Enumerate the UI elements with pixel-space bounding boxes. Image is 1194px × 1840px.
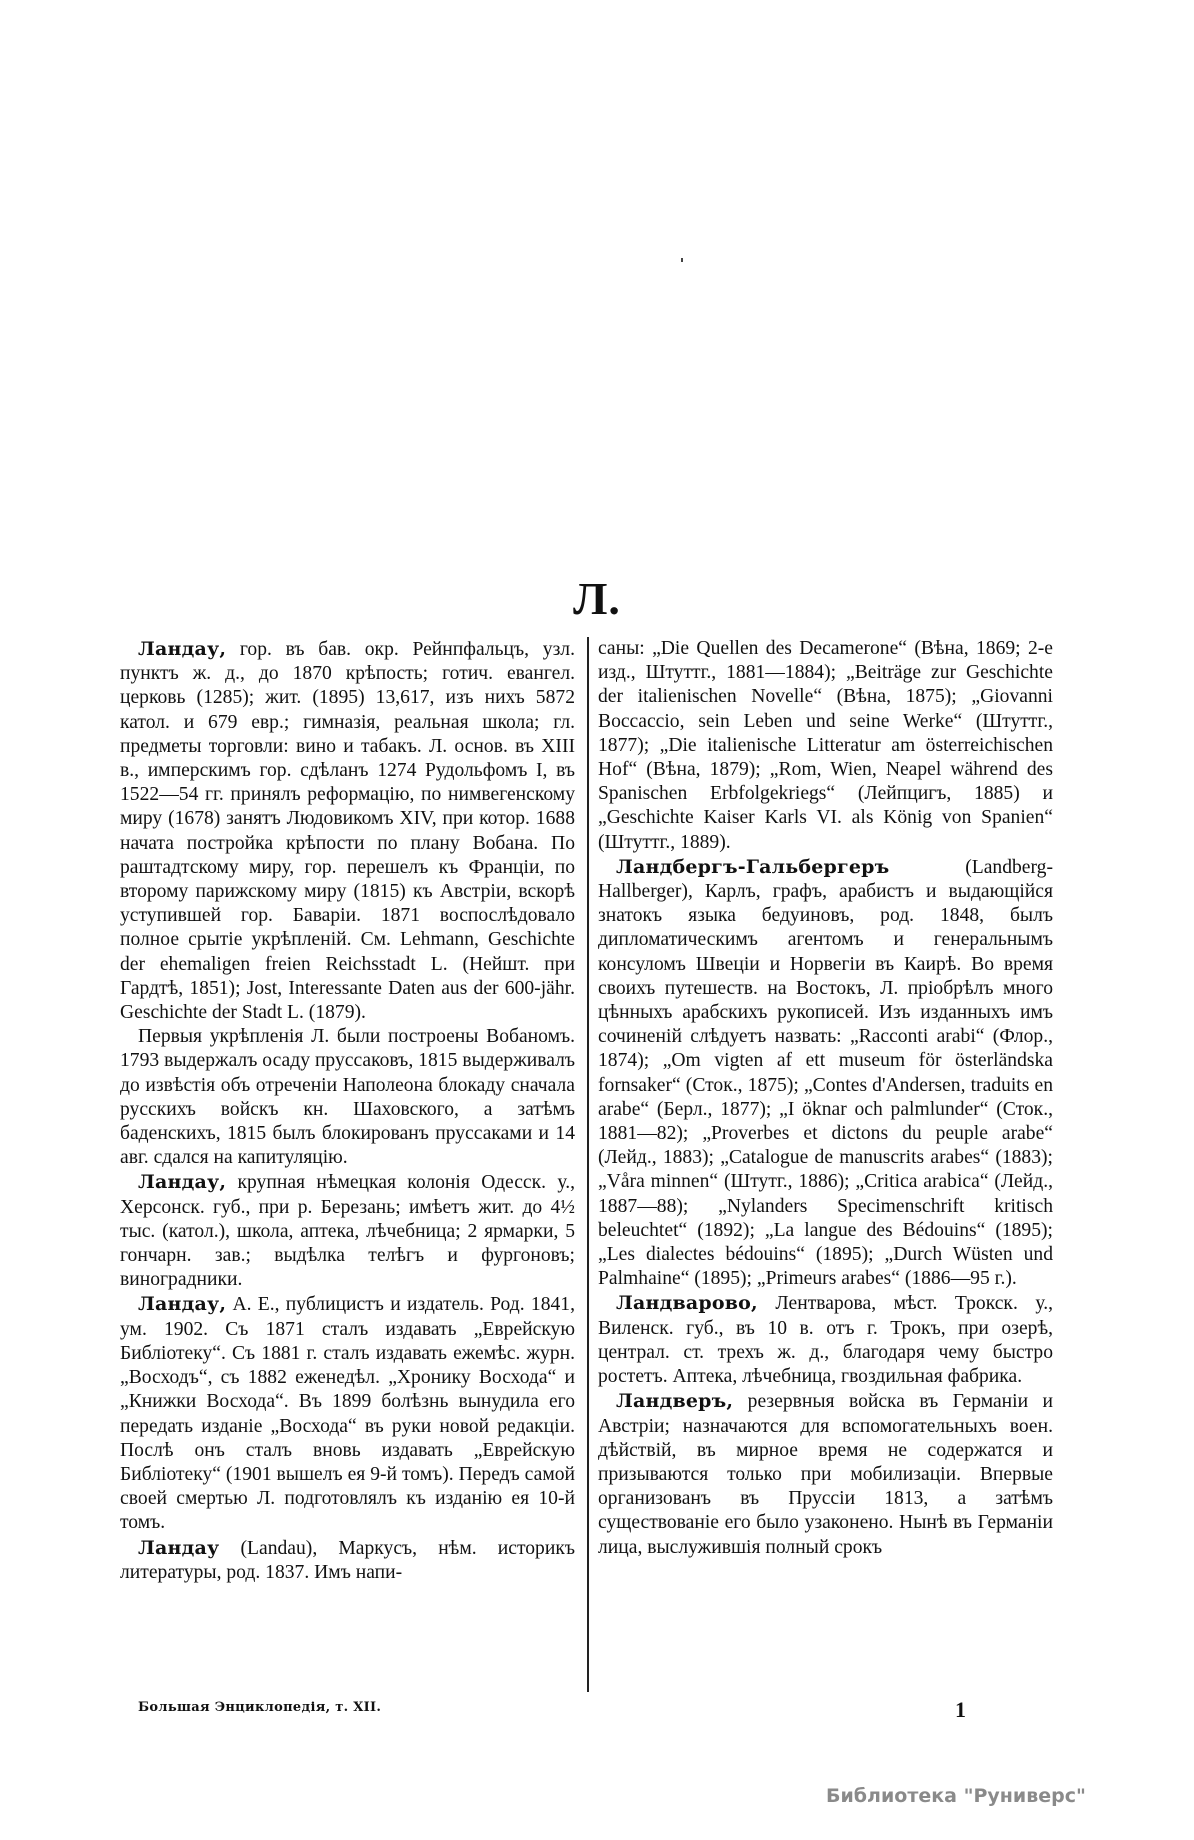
article-landberg-hallberger: Ландбергъ-Гальбергеръ (Landberg-Hallberg… (598, 855, 1053, 1292)
section-letter-heading: Л. (0, 572, 1194, 625)
article-body: гор. въ бав. окр. Рейнпфальцъ, узл. пунк… (120, 639, 575, 1023)
article-headword: Ландварово, (616, 1292, 758, 1314)
article-body: резервныя войска въ Германіи и Австріи; … (598, 1391, 1053, 1557)
left-column: Ландау, гор. въ бав. окр. Рейнпфальцъ, у… (120, 637, 575, 1585)
right-column: саны: „Die Quellen des Decamerone“ (Вѣна… (598, 637, 1053, 1560)
article-body: Первыя укрѣпленія Л. были построены Воба… (120, 1026, 575, 1168)
scan-speck (681, 258, 683, 262)
article-headword: Ландау, (138, 1293, 226, 1315)
article-headword: Ландау (138, 1537, 219, 1559)
article-landwehr: Ландверъ, резервныя войска въ Германіи и… (598, 1389, 1053, 1559)
article-headword: Ландау, (138, 1171, 226, 1193)
article-landau-colony: Ландау, крупная нѣмецкая колонія Одесск.… (120, 1170, 575, 1292)
article-landvarovo: Ландварово, Лентварова, мѣст. Трокск. у.… (598, 1291, 1053, 1389)
article-body: (Landberg-Hallberger), Карлъ, графъ, ара… (598, 857, 1053, 1289)
article-landau-town: Ландау, гор. въ бав. окр. Рейнпфальцъ, у… (120, 637, 575, 1025)
article-body: А. Е., публицистъ и издатель. Род. 1841,… (120, 1294, 575, 1533)
article-landau-fortifications: Первыя укрѣпленія Л. были построены Воба… (120, 1025, 575, 1170)
article-landau-markus-continued: саны: „Die Quellen des Decamerone“ (Вѣна… (598, 637, 1053, 855)
article-landau-markus: Ландау (Landau), Маркусъ, нѣм. историкъ … (120, 1536, 575, 1585)
article-landau-ae: Ландау, А. Е., публицистъ и издатель. Ро… (120, 1292, 575, 1535)
page-number: 1 (955, 1697, 966, 1723)
article-body: саны: „Die Quellen des Decamerone“ (Вѣна… (598, 638, 1053, 853)
article-headword: Ландау, (138, 638, 226, 660)
volume-signature: Большая Энциклопедія, т. XII. (138, 1700, 381, 1715)
article-headword: Ландверъ, (616, 1390, 733, 1412)
article-headword: Ландбергъ-Гальбергеръ (616, 856, 889, 878)
column-divider (587, 637, 589, 1692)
library-watermark: Библиотека "Руниверс" (826, 1785, 1086, 1807)
